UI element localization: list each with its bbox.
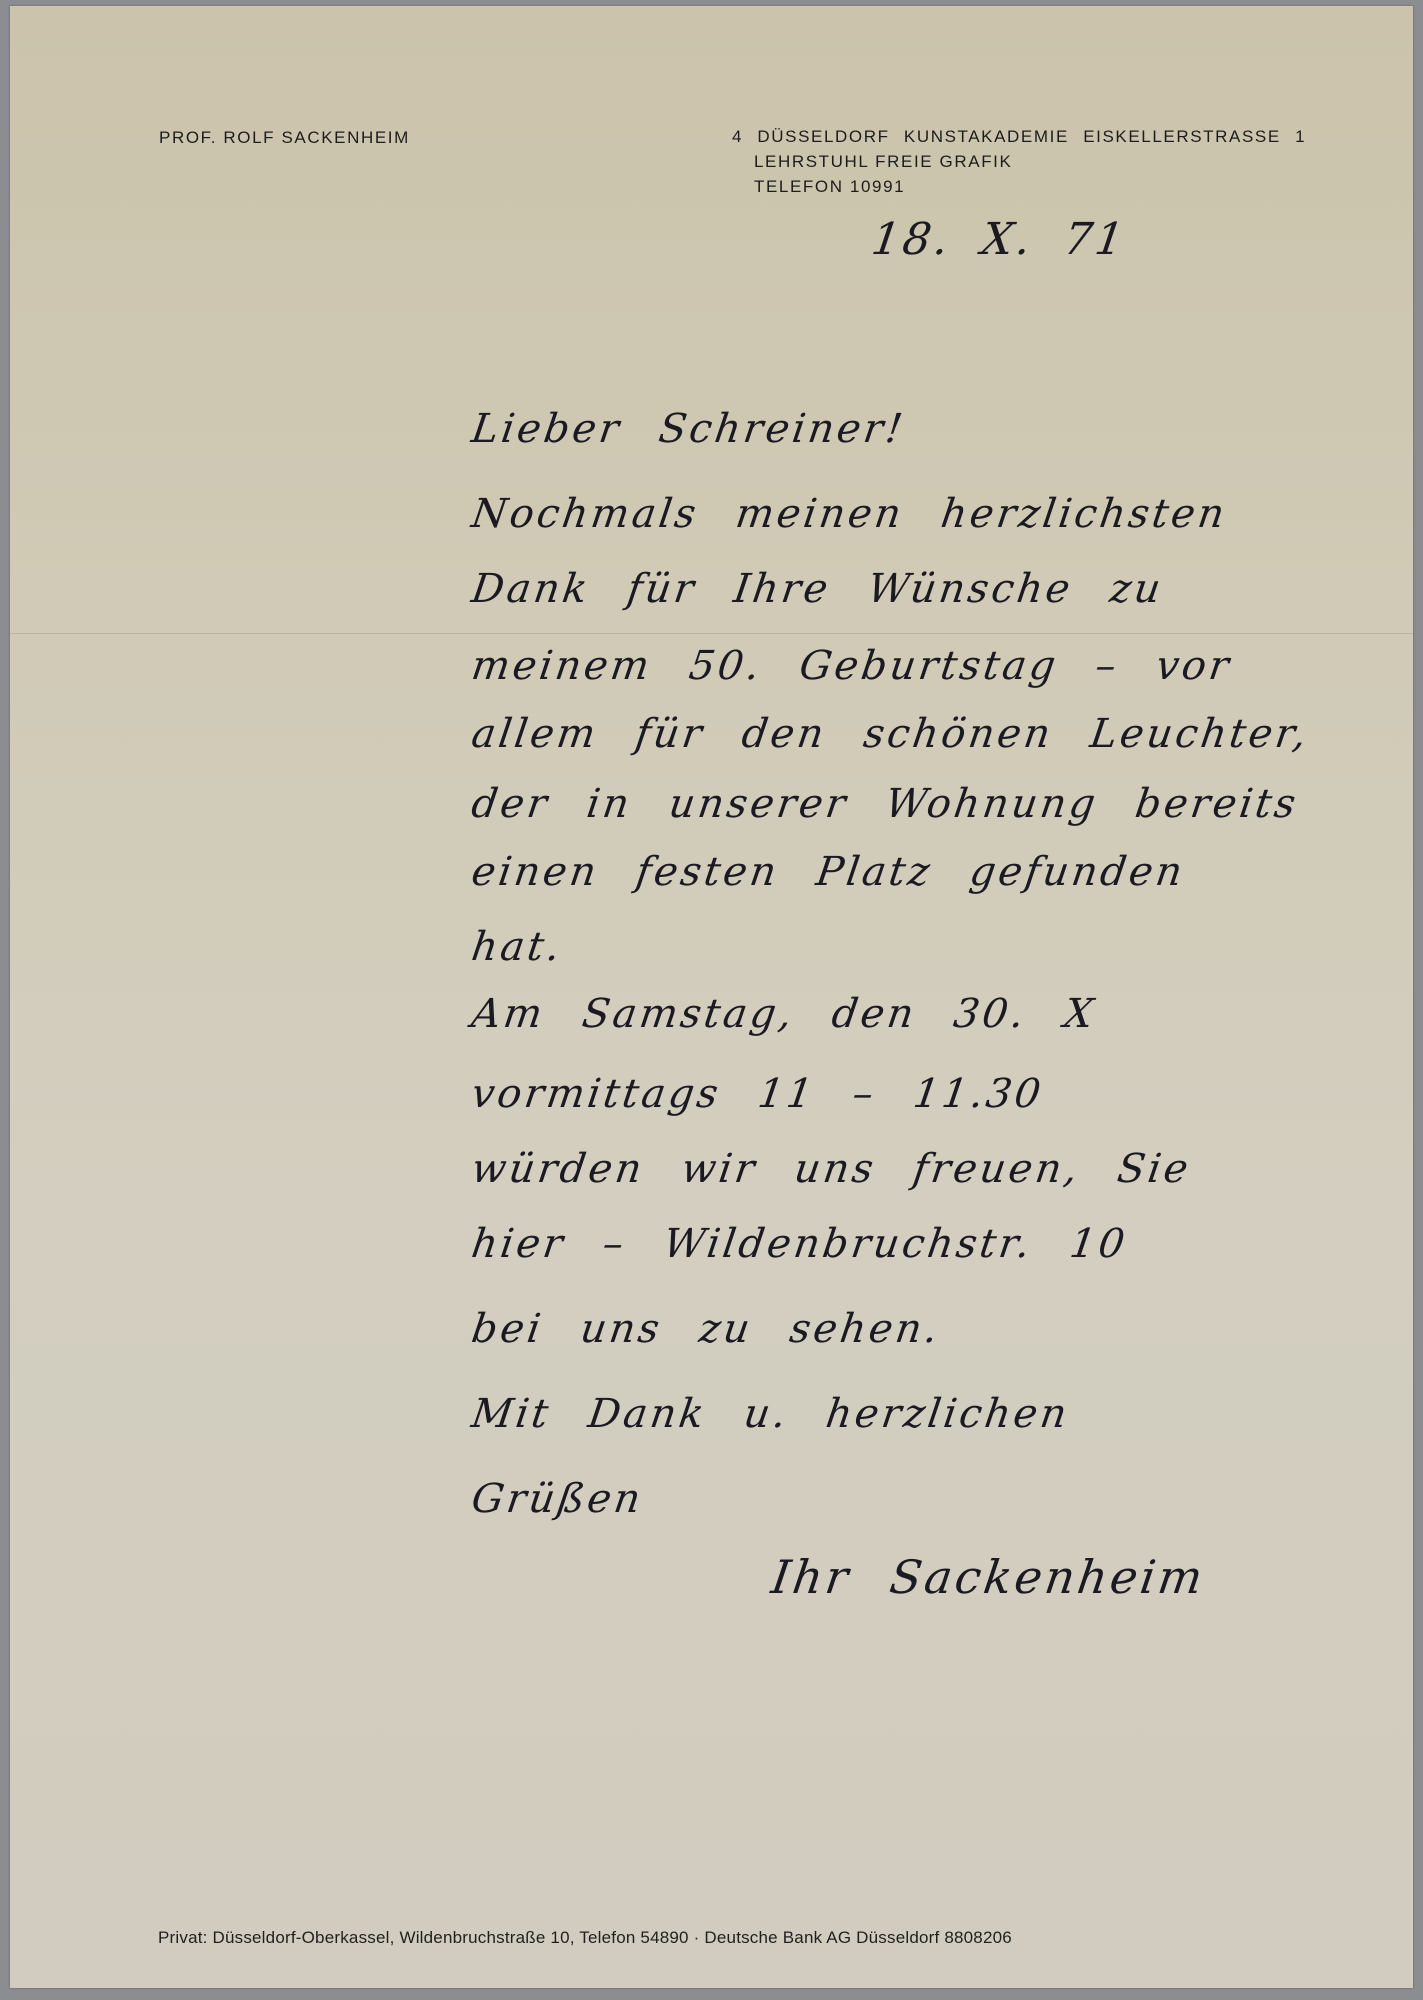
body-line: Am Samstag, den 30. X	[469, 991, 1099, 1037]
body-line: der in unserer Wohnung bereits	[469, 781, 1302, 827]
body-line: vormittags 11 – 11.30	[469, 1071, 1047, 1117]
handwritten-date: 18. X. 71	[868, 214, 1129, 265]
body-line: hat.	[469, 924, 566, 970]
body-line: meinem 50. Geburtstag – vor	[469, 643, 1235, 689]
body-line: Nochmals meinen herzlichsten	[469, 491, 1230, 537]
body-line: Dank für Ihre Wünsche zu	[469, 566, 1167, 612]
body-line: allem für den schönen Leuchter,	[469, 711, 1312, 757]
letter-sheet: PROF. ROLF SACKENHEIM 4 DÜSSELDORF KUNST…	[10, 6, 1413, 1988]
letterhead-address: 4 DÜSSELDORF KUNSTAKADEMIE EISKELLERSTRA…	[732, 124, 1306, 199]
fold-line	[10, 633, 1413, 634]
body-line: würden wir uns freuen, Sie	[469, 1146, 1194, 1192]
letterhead-sender: PROF. ROLF SACKENHEIM	[159, 128, 410, 148]
body-line: einen festen Platz gefunden	[469, 849, 1188, 895]
address-line: TELEFON 10991	[732, 174, 1306, 199]
letterhead-footer: Privat: Düsseldorf-Oberkassel, Wildenbru…	[158, 1928, 1012, 1948]
closing-line: Grüßen	[469, 1476, 646, 1522]
address-line: LEHRSTUHL FREIE GRAFIK	[732, 149, 1306, 174]
closing-line: Mit Dank u. herzlichen	[469, 1391, 1073, 1437]
address-line: 4 DÜSSELDORF KUNSTAKADEMIE EISKELLERSTRA…	[732, 124, 1306, 149]
salutation: Lieber Schreiner!	[469, 406, 908, 452]
signature: Ihr Sackenheim	[768, 1550, 1209, 1604]
body-line: bei uns zu sehen.	[469, 1306, 944, 1352]
body-line: hier – Wildenbruchstr. 10	[469, 1221, 1131, 1267]
